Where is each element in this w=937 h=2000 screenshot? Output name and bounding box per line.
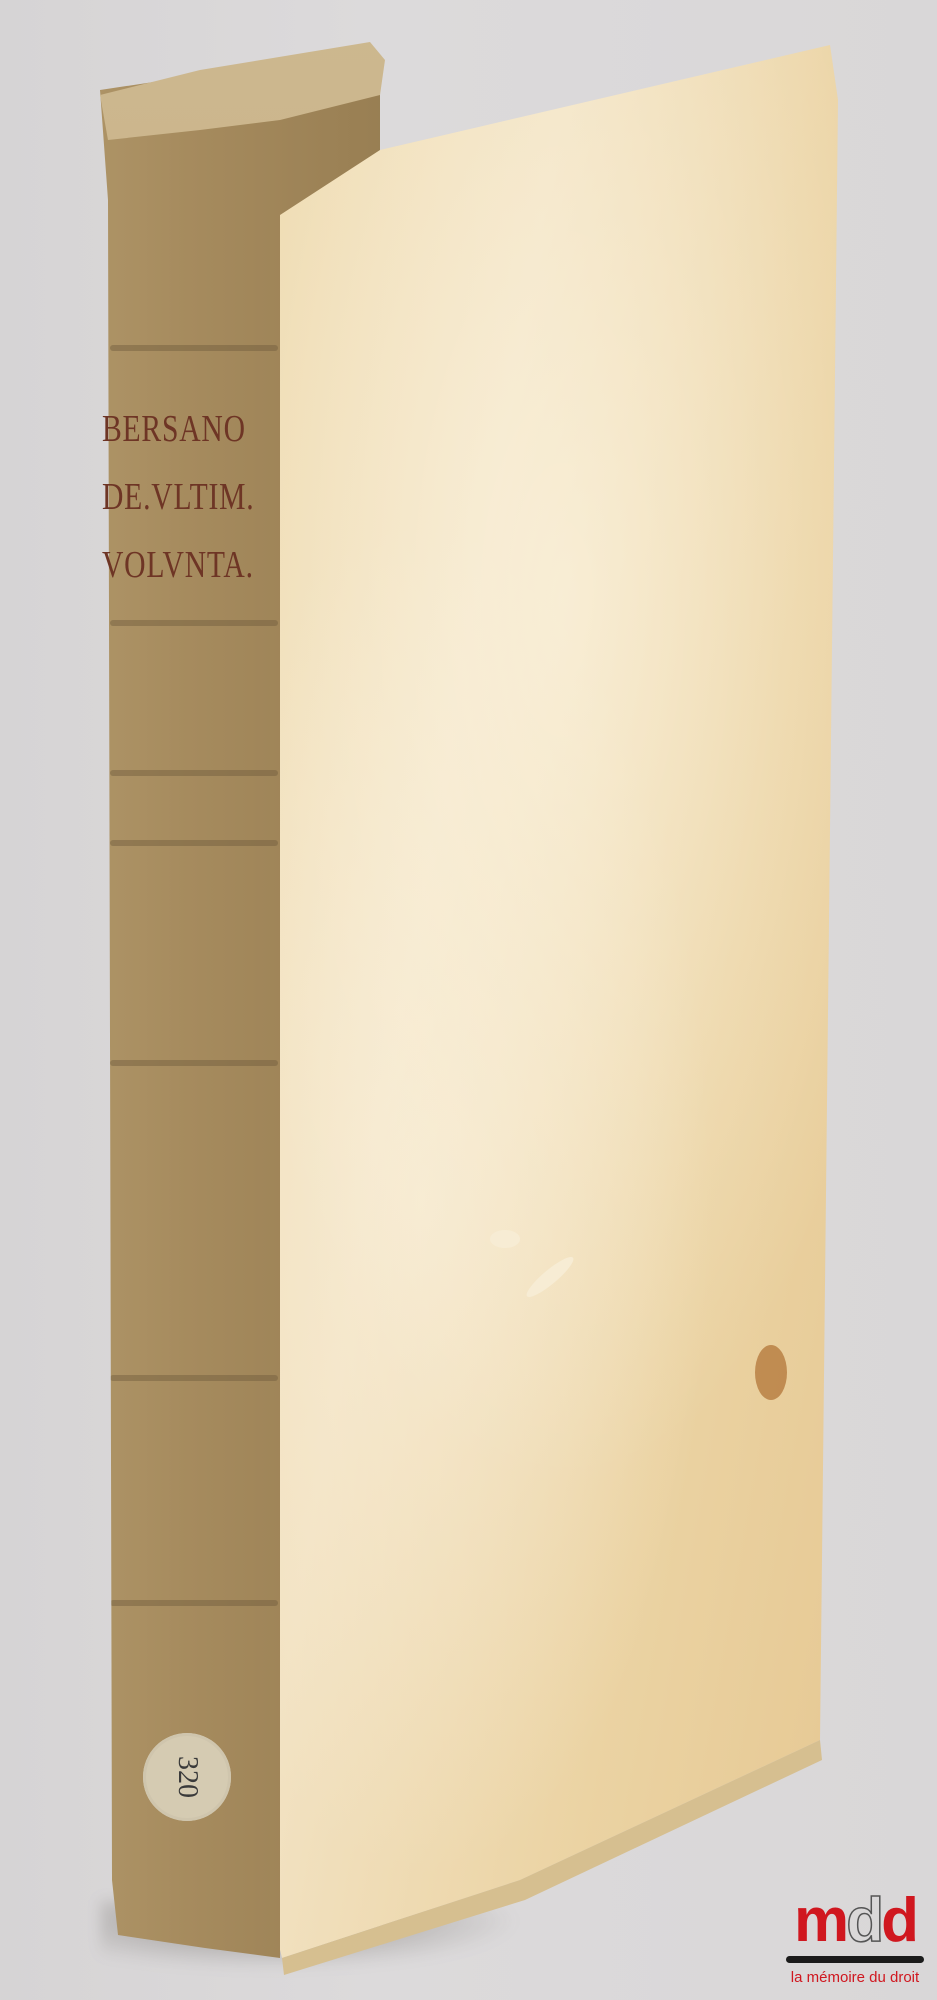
spine-band [110, 1375, 278, 1381]
spine-band [110, 1060, 278, 1066]
spine-title-line: DE.VLTIM. [102, 463, 242, 531]
cover-stain [755, 1345, 787, 1400]
spine-band [110, 620, 278, 626]
shelf-label-number: 320 [171, 1756, 203, 1798]
spine-band [110, 1600, 278, 1606]
spine-title-line: BERSANO [102, 395, 242, 463]
logo-letter-m: m [794, 1886, 846, 1955]
book-photograph: BERSANO DE.VLTIM. VOLVNTA. 320 [0, 0, 937, 2000]
logo-mark: mdd [780, 1890, 930, 1952]
logo-underline [786, 1956, 924, 1963]
cover-wear-mark [523, 1252, 578, 1301]
logo-letter-d-outline: d [846, 1886, 881, 1955]
spine-band [110, 770, 278, 776]
logo-tagline: la mémoire du droit [780, 1969, 930, 1986]
spine-title-line: VOLVNTA. [102, 531, 242, 599]
mdd-logo: mdd la mémoire du droit [780, 1890, 930, 1986]
logo-letter-d: d [881, 1886, 916, 1955]
shelf-label: 320 [143, 1733, 231, 1821]
cover-wear-mark [490, 1230, 520, 1248]
spine-title: BERSANO DE.VLTIM. VOLVNTA. [102, 395, 242, 599]
spine-band [110, 345, 278, 351]
spine-band [110, 840, 278, 846]
